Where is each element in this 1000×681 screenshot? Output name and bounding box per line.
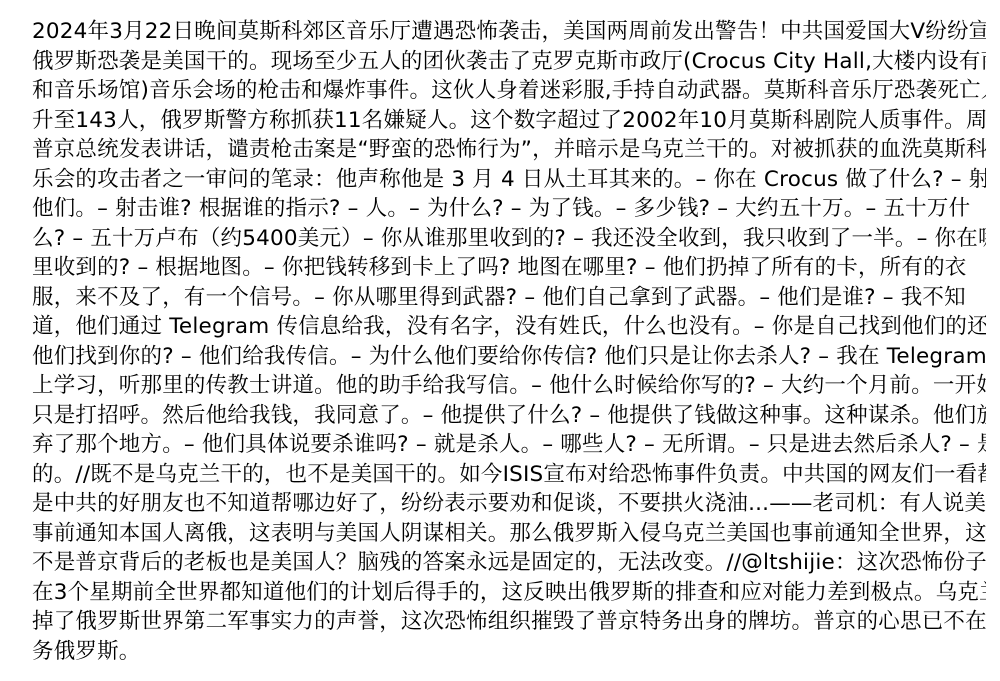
text-line: 的。//既不是乌克兰干的，也不是美国干的。如今ISIS宣布对给恐怖事件负责。中共… xyxy=(32,460,986,490)
text-line: 么? – 五十万卢布（约5400美元）– 你从谁那里收到的? – 我还没全收到，… xyxy=(32,224,986,254)
text-line: 2024年3月22日晚间莫斯科郊区音乐厅遭遇恐怖袭击，美国两周前发出警告！中共国… xyxy=(32,17,986,47)
text-line: 普京总统发表讲话，谴责枪击案是“野蛮的恐怖行为”，并暗示是乌克兰干的。对被抓获的… xyxy=(32,135,986,165)
text-line: 他们找到你的? – 他们给我传信。– 为什么他们要给你传信? 他们只是让你去杀人… xyxy=(32,342,986,372)
text-line: 弃了那个地方。– 他们具体说要杀谁吗? – 就是杀人。– 哪些人? – 无所谓。… xyxy=(32,430,986,460)
article-text: 2024年3月22日晚间莫斯科郊区音乐厅遭遇恐怖袭击，美国两周前发出警告！中共国… xyxy=(0,0,1000,666)
text-line: 上学习，听那里的传教士讲道。他的助手给我写信。– 他什么时候给你写的? – 大约… xyxy=(32,371,986,401)
text-line: 务俄罗斯。 xyxy=(32,637,986,667)
text-line: 升至143人，俄罗斯警方称抓获11名嫌疑人。这个数字超过了2002年10月莫斯科… xyxy=(32,106,986,136)
text-line: 掉了俄罗斯世界第二军事实力的声誉，这次恐怖组织摧毁了普京特务出身的牌坊。普京的心… xyxy=(32,607,986,637)
text-line: 他们。– 射击谁? 根据谁的指示? – 人。– 为什么? – 为了钱。– 多少钱… xyxy=(32,194,986,224)
text-line: 服，来不及了，有一个信号。– 你从哪里得到武器? – 他们自己拿到了武器。– 他… xyxy=(32,283,986,313)
text-line: 在3个星期前全世界都知道他们的计划后得手的，这反映出俄罗斯的排查和应对能力差到极… xyxy=(32,578,986,608)
text-line: 只是打招呼。然后他给我钱，我同意了。– 他提供了什么? – 他提供了钱做这种事。… xyxy=(32,401,986,431)
text-line: 不是普京背后的老板也是美国人？脑残的答案永远是固定的，无法改变。//@ltshi… xyxy=(32,548,986,578)
text-line: 乐会的攻击者之一审问的笔录：他声称他是 3 月 4 日从土耳其来的。– 你在 C… xyxy=(32,165,986,195)
text-line: 是中共的好朋友也不知道帮哪边好了，纷纷表示要劝和促谈，不要拱火浇油...——老司… xyxy=(32,489,986,519)
text-line: 俄罗斯恐袭是美国干的。现场至少五人的团伙袭击了克罗克斯市政厅(Crocus Ci… xyxy=(32,47,986,77)
text-line: 道，他们通过 Telegram 传信息给我，没有名字，没有姓氏，什么也没有。– … xyxy=(32,312,986,342)
text-line: 里收到的? – 根据地图。– 你把钱转移到卡上了吗? 地图在哪里? – 他们扔掉… xyxy=(32,253,986,283)
text-line: 和音乐场馆)音乐会场的枪击和爆炸事件。这伙人身着迷彩服,手持自动武器。莫斯科音乐… xyxy=(32,76,986,106)
text-line: 事前通知本国人离俄，这表明与美国人阴谋相关。那么俄罗斯入侵乌克兰美国也事前通知全… xyxy=(32,519,986,549)
